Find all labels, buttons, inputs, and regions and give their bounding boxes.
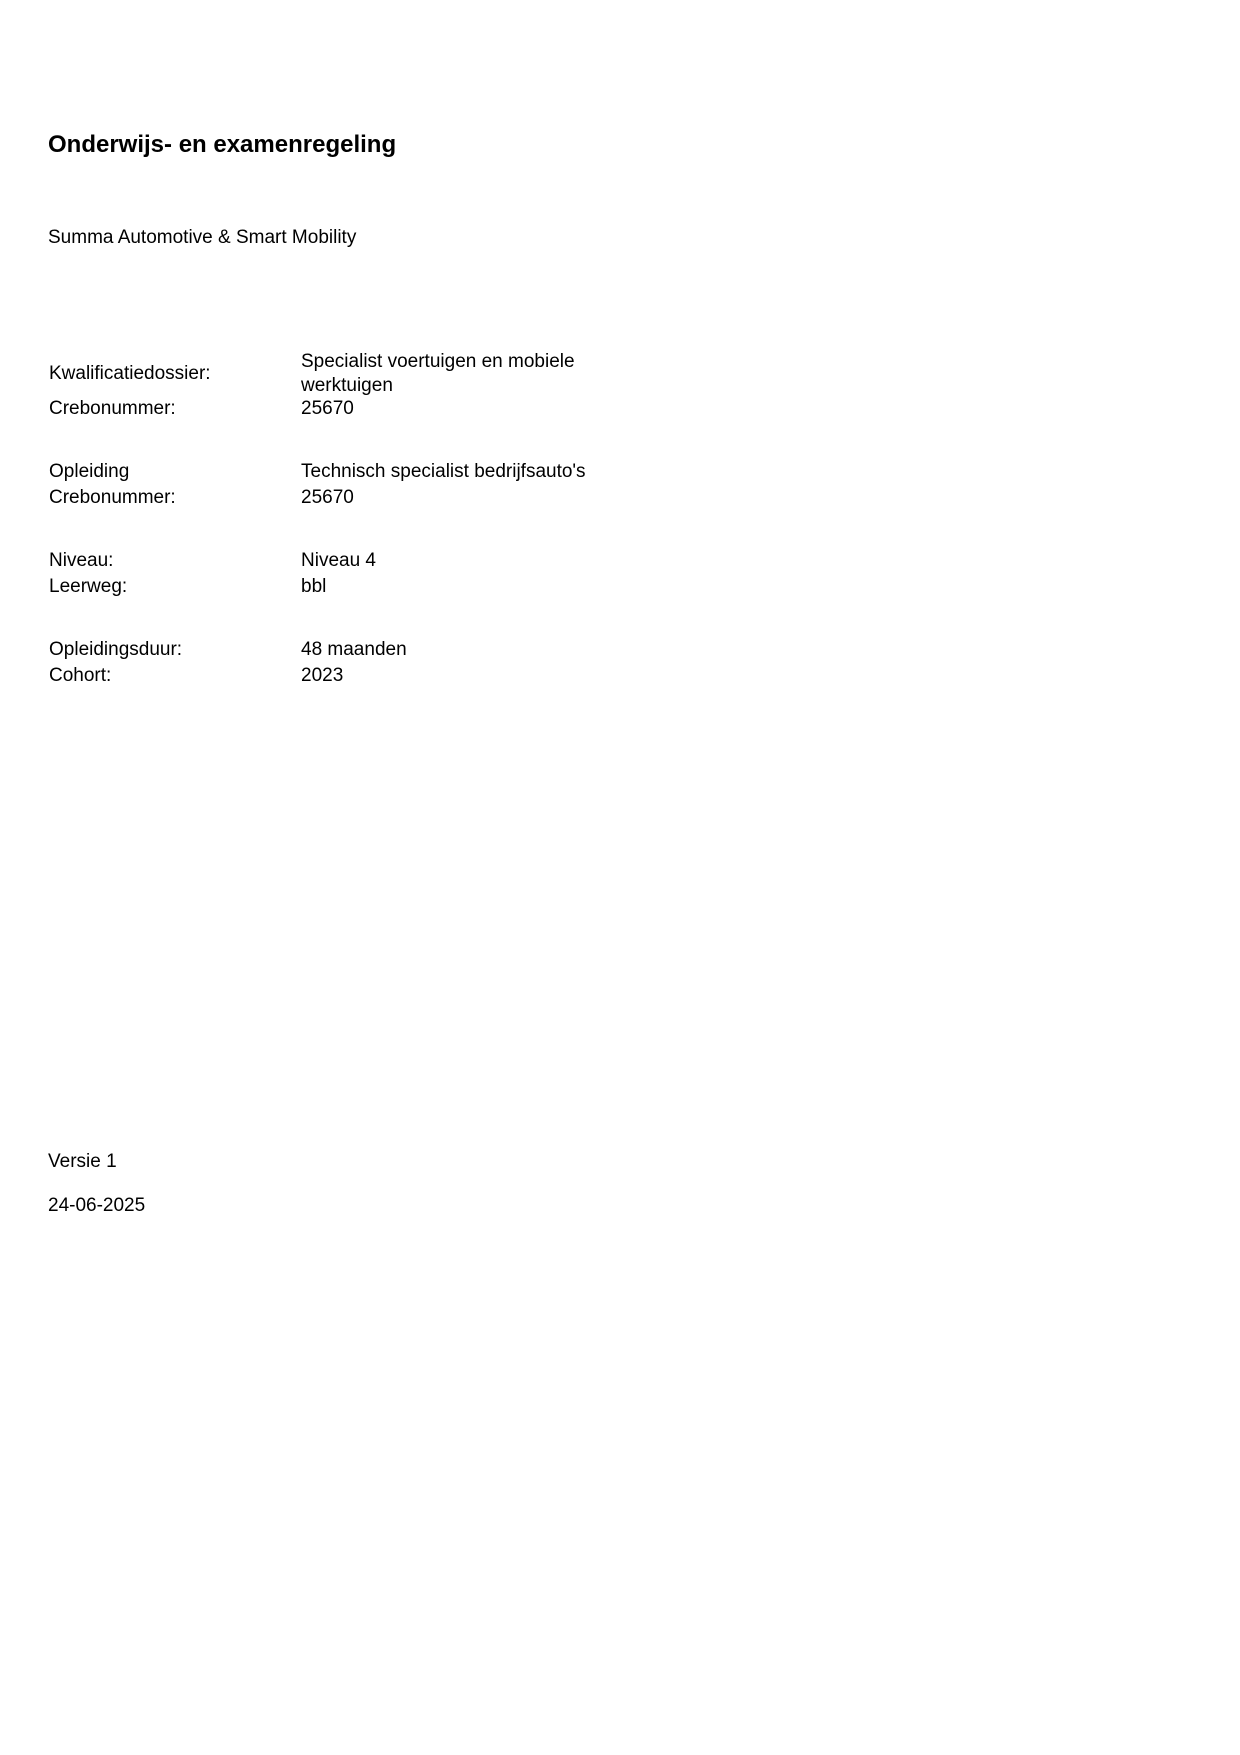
field-label: Leerweg: bbox=[49, 575, 299, 599]
field-label: Kwalificatiedossier: bbox=[49, 362, 299, 386]
document-page: Onderwijs- en examenregeling Summa Autom… bbox=[0, 0, 1240, 1755]
field-value: Specialist voertuigen en mobiele werktui… bbox=[301, 350, 611, 398]
field-value: 25670 bbox=[301, 486, 611, 510]
document-date: 24-06-2025 bbox=[48, 1194, 145, 1218]
field-value: bbl bbox=[301, 575, 611, 599]
field-label: Opleiding bbox=[49, 460, 299, 484]
field-value: 2023 bbox=[301, 664, 611, 688]
field-label: Cohort: bbox=[49, 664, 299, 688]
document-title: Onderwijs- en examenregeling bbox=[48, 130, 396, 160]
field-value: Niveau 4 bbox=[301, 549, 611, 573]
field-label: Niveau: bbox=[49, 549, 299, 573]
field-value: Technisch specialist bedrijfsauto's bbox=[301, 460, 611, 484]
field-label: Crebonummer: bbox=[49, 397, 299, 421]
field-label: Crebonummer: bbox=[49, 486, 299, 510]
document-version: Versie 1 bbox=[48, 1150, 117, 1174]
organization-name: Summa Automotive & Smart Mobility bbox=[48, 226, 356, 250]
field-label: Opleidingsduur: bbox=[49, 638, 299, 662]
field-value: 48 maanden bbox=[301, 638, 611, 662]
field-value: 25670 bbox=[301, 397, 611, 421]
